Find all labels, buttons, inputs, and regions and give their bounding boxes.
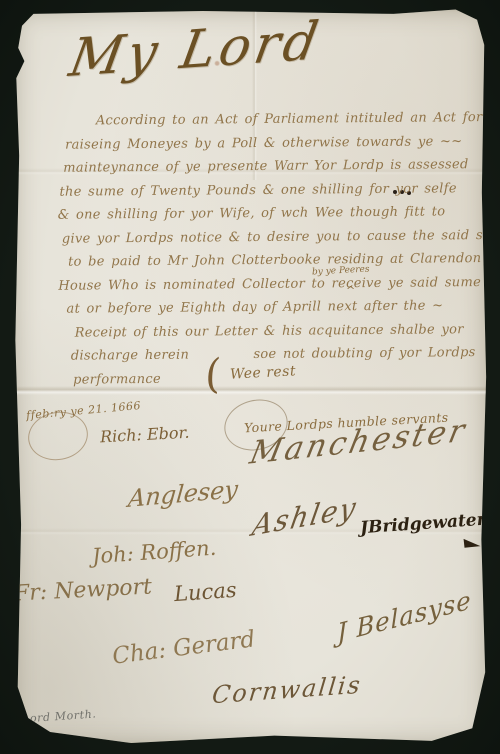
letter-body: According to an Act of Parliament intitu… xyxy=(57,110,459,395)
body-line: mainteynance of ye presente Warr Yor Lor… xyxy=(57,157,457,184)
manuscript-paper: My Lord According to an Act of Parliamen… xyxy=(12,8,489,746)
signature-bridgewater: JBridgewater xyxy=(359,510,486,539)
body-line: House Who is nominated Collector to rece… xyxy=(58,275,458,302)
body-line: According to an Act of Parliament intitu… xyxy=(57,110,457,137)
photo-background: My Lord According to an Act of Parliamen… xyxy=(0,0,500,754)
signature-anglesey: Anglesey xyxy=(127,475,239,513)
signature-roffen: Joh: Roffen. xyxy=(91,536,217,569)
signature-newport: Fr: Newport xyxy=(13,574,152,606)
body-line: give yor Lordps notice & to desire you t… xyxy=(58,228,458,255)
signature-rich-ebor: Rich: Ebor. xyxy=(100,423,190,447)
insertion-caret-mark: ^ xyxy=(346,284,355,297)
signature-bridgewater-flourish xyxy=(464,537,481,548)
body-line: Receipt of this our Letter & his acquita… xyxy=(59,322,459,349)
pencil-annotation: Lord Morth. xyxy=(22,707,97,725)
signature-cornwallis: Cornwallis xyxy=(211,671,364,710)
body-line: at or before ye Eighth day of Aprill nex… xyxy=(58,298,458,325)
salutation: My Lord xyxy=(65,11,326,89)
body-line: the sume of Twenty Pounds & one shilling… xyxy=(57,181,457,208)
body-line: raiseing Moneyes by a Poll & otherwise t… xyxy=(57,134,457,161)
body-line: & one shilling for yor Wife, of wch Wee … xyxy=(58,204,458,231)
signature-lucas: Lucas xyxy=(173,578,237,606)
signature-ashley: Ashley xyxy=(250,490,360,543)
signature-gerard: Cha: Gerard xyxy=(111,626,257,669)
signature-belasyse: J Belasyse xyxy=(337,585,473,648)
body-line: to be paid to Mr John Clotterbooke resid… xyxy=(58,251,458,278)
